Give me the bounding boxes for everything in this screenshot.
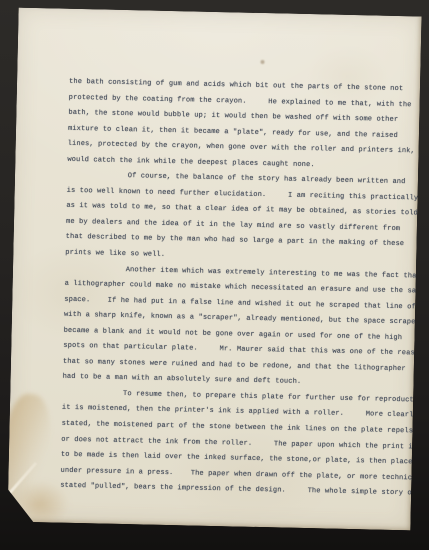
paragraph-3: Another item which was extremely interes…	[62, 261, 417, 393]
paragraph-2: Of course, the balance of the story has …	[65, 168, 419, 269]
document-page: the bath consisting of gum and acids whi…	[7, 8, 421, 531]
scan-background: the bath consisting of gum and acids whi…	[0, 0, 429, 550]
paragraph-4: To resume then, to prepare this plate fo…	[60, 386, 414, 502]
typewritten-text: the bath consisting of gum and acids whi…	[60, 75, 421, 502]
paragraph-1: the bath consisting of gum and acids whi…	[67, 75, 421, 176]
paper-speck	[260, 60, 264, 64]
